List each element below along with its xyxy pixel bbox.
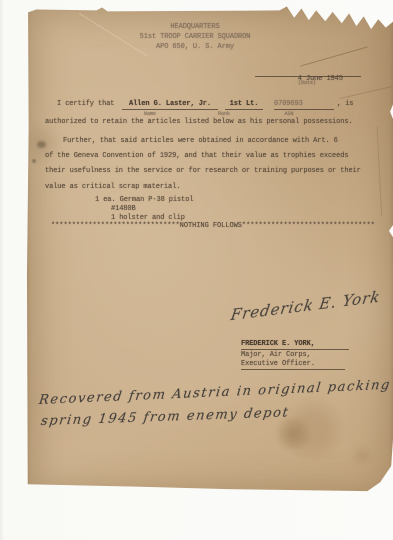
certify-suffix: , is: [337, 100, 353, 109]
crease-line-top-right: [300, 46, 368, 66]
crease-line-right: [340, 86, 393, 99]
letterhead-line-1: HEADQUARTERS: [115, 23, 275, 32]
scanned-document-background: HEADQUARTERS 51st TROOP CARRIER SQUADRON…: [0, 0, 393, 540]
pencil-dot: [32, 159, 36, 163]
signer-title-line-2: Executive Officer.: [241, 360, 345, 370]
stain-blotch-small: [349, 446, 375, 466]
crease-line-vertical: [377, 126, 383, 216]
rank-field: 1st Lt.: [225, 100, 263, 110]
date-caption: (Date): [277, 79, 337, 88]
signer-title-line-1: Major, Air Corps,: [241, 351, 311, 360]
signer-typed-name: FREDERICK E. YORK,: [241, 340, 349, 350]
paragraph-line-1: Further, that said articles were obtaine…: [63, 137, 338, 146]
item-line-1: 1 ea. German P-38 pistol: [95, 196, 193, 205]
certify-prefix: I certify that: [57, 100, 114, 109]
pencil-smudge: [37, 141, 46, 148]
note-line-2: spring 1945 from enemy depot: [40, 405, 290, 429]
authorization-line: authorized to retain the articles listed…: [45, 118, 353, 127]
asn-field: 0709693: [274, 100, 334, 110]
paragraph-line-3: their usefulness in the service or for r…: [45, 167, 361, 176]
nothing-follows-separator: *******************************NOTHING F…: [51, 222, 375, 231]
item-line-2: #1480B: [111, 205, 136, 214]
certificate-paper: HEADQUARTERS 51st TROOP CARRIER SQUADRON…: [27, 6, 393, 498]
paragraph-line-2: of the Geneva Convention of 1929, and th…: [45, 152, 348, 161]
note-line-1: Recovered from Austria in original packi…: [38, 378, 392, 408]
paragraph-line-4: value as critical scrap material.: [45, 183, 180, 192]
stain-blotch: [275, 418, 311, 450]
name-field: Allen G. Laster, Jr.: [122, 100, 218, 110]
handwritten-signature: Frederick E. York: [230, 287, 382, 324]
date-field: 4 June 1945: [255, 66, 361, 77]
